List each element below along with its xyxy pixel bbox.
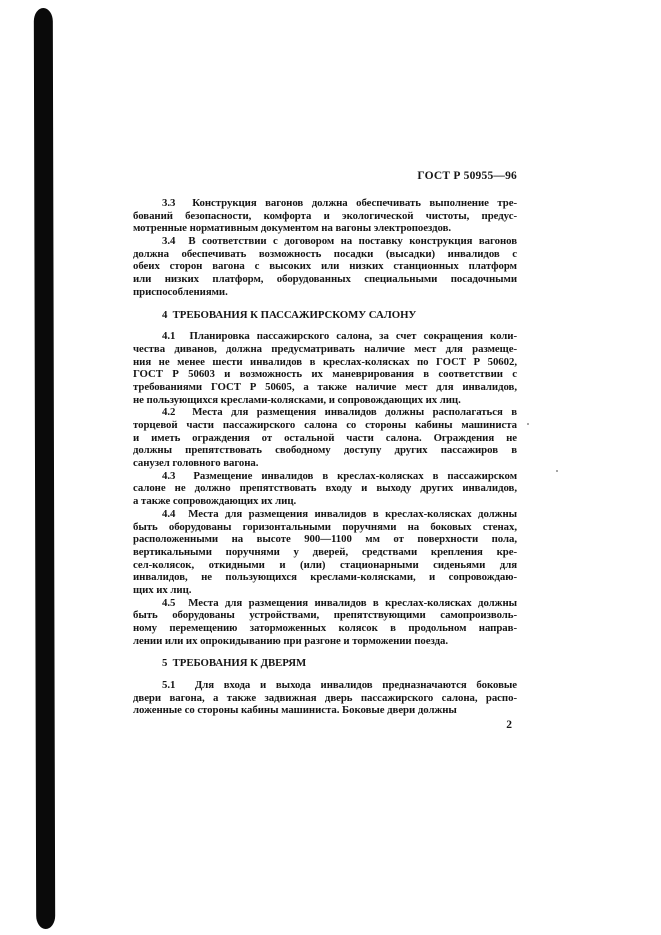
text-line: 4.3 Размещение инвалидов в креслах-коляс… [133,470,517,483]
text-line: и иметь ограждения от остальной части са… [133,432,517,445]
scan-spine-artifact-bar [34,8,55,929]
text-line: двери вагона, а также задвижная дверь па… [133,692,517,705]
clause-3-4: 3.4 В соответствии с договором на постав… [133,235,517,298]
clause-4-3: 4.3 Размещение инвалидов в креслах-коляс… [133,470,517,508]
text-line: вертикальными поручнями у дверей, средст… [133,546,517,559]
text-line: быть оборудованы горизонтальными поручня… [133,521,517,534]
text-line: требованиями ГОСТ Р 50605, а также налич… [133,381,517,394]
text-line: бований безопасности, комфорта и экологи… [133,210,517,223]
text-line: 4.4 Места для размещения инвалидов в кре… [133,508,517,521]
clause-4-5: 4.5 Места для размещения инвалидов в кре… [133,597,517,648]
text-line: приспособлениями. [133,286,517,299]
text-line: салоне не должно препятствовать входу и … [133,482,517,495]
text-line: 4.5 Места для размещения инвалидов в кре… [133,597,517,610]
text-line: ния не менее шести инвалидов в креслах-к… [133,356,517,369]
text-line: 5.1 Для входа и выхода инвалидов предназ… [133,679,517,692]
text-line: должны препятствовать свободному доступу… [133,444,517,457]
text-line: обеих сторон вагона с высоких или низких… [133,260,517,273]
document-code-header: ГОСТ Р 50955—96 [133,170,517,182]
text-line: ному перемещению заторможенных колясок в… [133,622,517,635]
text-line: расположенными на высоте 900—1100 мм от … [133,533,517,546]
clause-4-1: 4.1 Планировка пассажирского салона, за … [133,330,517,406]
text-line: лении или их опрокидыванию при разгоне и… [133,635,517,648]
text-line: ложенные со стороны кабины машиниста. Бо… [133,704,517,717]
clause-4-4: 4.4 Места для размещения инвалидов в кре… [133,508,517,597]
text-line: или низких платформ, оборудованных специ… [133,273,517,286]
text-line: щих их лиц. [133,584,517,597]
scan-speck [527,423,529,425]
scan-speck [556,470,558,472]
text-line: 4.2 Места для размещения инвалидов должн… [133,406,517,419]
text-line: чества диванов, должна предусматривать н… [133,343,517,356]
text-line: 3.3 Конструкция вагонов должна обеспечив… [133,197,517,210]
section-5-heading: 5 ТРЕБОВАНИЯ К ДВЕРЯМ [133,657,517,670]
text-line: санузел головного вагона. [133,457,517,470]
document-body: 3.3 Конструкция вагонов должна обеспечив… [133,197,517,717]
text-line: инвалидов, не пользующихся креслами-коля… [133,571,517,584]
section-4-heading: 4 ТРЕБОВАНИЯ К ПАССАЖИРСКОМУ САЛОНУ [133,309,517,322]
text-line: не пользующихся креслами-колясками, и со… [133,394,517,407]
clause-3-3: 3.3 Конструкция вагонов должна обеспечив… [133,197,517,235]
text-line: быть оборудованы устройствами, препятств… [133,609,517,622]
text-line: сел-колясок, откидными и (или) стационар… [133,559,517,572]
text-line: мотренные нормативным документом на ваго… [133,222,517,235]
clause-4-2: 4.2 Места для размещения инвалидов должн… [133,406,517,469]
clause-5-1: 5.1 Для входа и выхода инвалидов предназ… [133,679,517,717]
text-line: торцевой части пассажирского салона со с… [133,419,517,432]
text-line: 3.4 В соответствии с договором на постав… [133,235,517,248]
text-line: должна обеспечивать возможность посадки … [133,248,517,261]
text-line: ГОСТ Р 50603 и возможность их маневриров… [133,368,517,381]
text-line: а также сопровождающих их лиц. [133,495,517,508]
document-page: ГОСТ Р 50955—96 3.3 Конструкция вагонов … [0,0,661,935]
text-line: 4.1 Планировка пассажирского салона, за … [133,330,517,343]
page-number: 2 [133,719,512,731]
